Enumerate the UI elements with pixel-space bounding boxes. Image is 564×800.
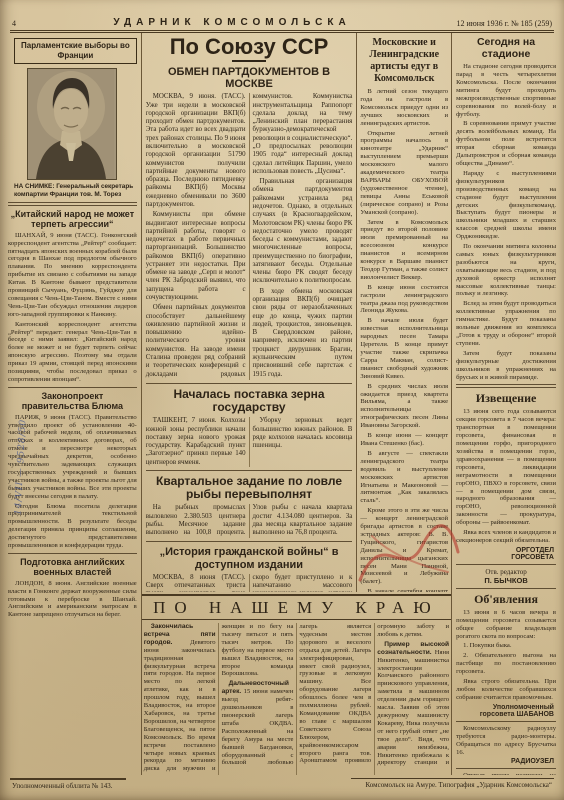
- article-title-zerno: Началась поставка зерна государству: [146, 388, 353, 414]
- paragraph: ТАШКЕНТ, 7 июня. Колхозы южной зоны респ…: [146, 417, 246, 467]
- divider: [456, 768, 556, 769]
- paragraph: Открытие летней программы началось в кин…: [360, 130, 448, 217]
- article-body-istoriya: МОСКВА, 8 июня (ТАСС). Сверх отпечатанны…: [146, 574, 353, 592]
- paragraph: Коммунисты при обмене выдвигают интересн…: [146, 211, 246, 302]
- kray-article-nikitenko: Пример высокой сознательности. Няня Ники…: [377, 623, 451, 775]
- newspaper-title: УДАРНИК КОМСОМОЛЬСКА: [113, 17, 350, 28]
- divider: [456, 721, 556, 722]
- article-title-china: „Китайский народ не может терпеть агресс…: [8, 209, 137, 230]
- headline-underline: [232, 60, 266, 62]
- article-title-izveshchenie: Извещение: [456, 391, 556, 406]
- kray-section: ПО НАШЕМУ КРАЮ Закончилась встреча пяти …: [142, 594, 451, 775]
- paragraph: На стадионе сегодня проводится парад в ч…: [456, 63, 556, 118]
- paragraph: Правильная организация обмена партдокуме…: [253, 178, 353, 286]
- article-title-istoriya: „История гражданской войны“ в доступном …: [146, 546, 353, 570]
- paragraph: Уборку зерновых ведет большинство южных …: [253, 417, 353, 450]
- paragraph: МОСКВА, 8 июня (ТАСС). Сверх отпечатанны…: [146, 574, 353, 592]
- article-body-obmen: МОСКВА, 9 июня. (ТАСС). Уже три недели в…: [146, 93, 353, 380]
- ads-signature: Уполномоченный горсовета ШАБАНОВ: [456, 704, 554, 718]
- masthead: 4 УДАРНИК КОМСОМОЛЬСКА 12 июня 1936 г. №…: [10, 0, 554, 33]
- paragraph: МОСКВА, 9 июня. (ТАСС). Уже три недели в…: [146, 93, 246, 209]
- article-body-artists: В летний сезон текущего года на гастроли…: [360, 88, 448, 592]
- divider: [146, 541, 353, 542]
- soyuz-section: По Союзу ССР ОБМЕН ПАРТДОКУМЕНТОВ В МОСК…: [142, 33, 357, 592]
- divider: [456, 588, 556, 589]
- paragraph: 13 июня в 6 часов вечера в помещении гор…: [456, 609, 556, 641]
- section-headline: По Союзу ССР: [146, 35, 353, 58]
- paragraph: Явка всех членов и кандидатов и секционе…: [456, 529, 556, 545]
- divider: [8, 387, 137, 388]
- article-body-london: ЛОНДОН, 8 июня. Английские военные власт…: [8, 580, 137, 620]
- censor-imprint: Уполномоченный обллита № 143.: [10, 778, 126, 790]
- ads-headline: Об'явления: [456, 592, 556, 607]
- paragraph: Сегодня Блюма посетила делегация предпри…: [8, 503, 137, 550]
- issue-date: 12 июня 1936 г. № 185 (259): [412, 19, 552, 28]
- paragraph: В соревновании примут участие десять вол…: [456, 120, 556, 167]
- divider: [456, 564, 556, 565]
- page-footer: Уполномоченный обллита № 143. Комсомольс…: [10, 776, 554, 790]
- article-body-stadium: На стадионе сегодня проводится парад в ч…: [456, 63, 556, 381]
- subscription-ad-text: Открыт прием подписки на Центральные и К…: [456, 772, 556, 775]
- paragraph: ШАНХАЙ, 9 июня (ТАСС). Гонконгский корре…: [8, 232, 137, 319]
- ads-body: 13 июня в 6 часов вечера в помещении гор…: [456, 609, 556, 702]
- article-title-obmen: ОБМЕН ПАРТДОКУМЕНТОВ В МОСКВЕ: [146, 66, 353, 90]
- article-body-izveshchenie: 13 июня сего года созываются секции горс…: [456, 408, 556, 544]
- printing-imprint: Комсомольск на Амуре. Типография „Ударни…: [351, 778, 554, 790]
- middle-top: По Союзу ССР ОБМЕН ПАРТДОКУМЕНТОВ В МОСК…: [142, 33, 451, 592]
- newspaper-page: 4 УДАРНИК КОМСОМОЛЬСКА 12 июня 1936 г. №…: [0, 0, 564, 800]
- paragraph: 2. Обязательного выгона на пастбище по п…: [456, 652, 556, 676]
- paragraph: ЛОНДОН, 8 июня. Английские военные власт…: [8, 580, 137, 620]
- left-column: Парламентские выборы во Франции НА СНИМК…: [8, 33, 142, 775]
- article-body-ryba: На рыбных промыслах выловлено 2.380.503 …: [146, 504, 353, 538]
- article-title-ryba: Квартальное задание по ловле рыбы перевы…: [146, 475, 353, 501]
- paragraph: В начале сентября концерт джаза Бориса Р…: [360, 588, 448, 592]
- paragraph: В конце июня — концерт Ивана Стешенко (б…: [360, 432, 448, 448]
- rubric-box-title: Парламентские выборы во Франции: [14, 38, 137, 64]
- middle-section: По Союзу ССР ОБМЕН ПАРТДОКУМЕНТОВ В МОСК…: [142, 33, 451, 775]
- editor-block: Отв. редактор П. БЫЧКОВ: [456, 568, 556, 585]
- paragraph: Явка строго обязательна. При любом колич…: [456, 678, 556, 702]
- editor-label: Отв. редактор: [485, 568, 526, 576]
- article-body-zerno: ТАШКЕНТ, 7 июня. Колхозы южной зоны респ…: [146, 417, 353, 467]
- paragraph: В летний сезон текущего года на гастроли…: [360, 88, 448, 128]
- paragraph: Вслед за этим будут проводиться коллекти…: [456, 300, 556, 347]
- artists-column: Московские и Ленинградские артисты едут …: [356, 33, 451, 592]
- portrait-photo: [27, 68, 117, 180]
- paragraph: В начале июля будет известная исполнител…: [360, 317, 448, 380]
- radio-ad-signature: РАДИОУЗЕЛ: [456, 758, 554, 765]
- paragraph: В средних числах июля ожидается приезд к…: [360, 383, 448, 430]
- article-title-blum: Законопроект правительства Блюма: [8, 391, 137, 412]
- paragraph: 13 июня сего года созываются секции горс…: [456, 408, 556, 527]
- photo-caption: НА СНИМКЕ: Генеральный секретарь компарт…: [14, 183, 135, 199]
- editor-name: П. БЫЧКОВ: [484, 576, 527, 585]
- article-title-london: Подготовка английских военных властей: [8, 557, 137, 578]
- paragraph: Кантонский корреспондент агентства „Рейт…: [8, 321, 137, 384]
- paragraph: 1. Покупки быка.: [456, 642, 556, 650]
- paragraph: Наряду с выступлениями физкультурников п…: [456, 170, 556, 241]
- article-title-artists: Московские и Ленинградские артисты едут …: [360, 37, 448, 85]
- radio-ad-text: Комсомольскому радиоузлу требуются радио…: [456, 725, 556, 757]
- paragraph: В ходе обмена московская организация ВКП…: [253, 288, 353, 379]
- divider: [8, 553, 137, 554]
- article-body-china: ШАНХАЙ, 9 июня (ТАСС). Гонконгский корре…: [8, 232, 137, 384]
- portrait-photo-image: [28, 69, 114, 179]
- paragraph: Затем будут показаны физкультурные дости…: [456, 350, 556, 382]
- paragraph: В августе — спектакли ленинградского теа…: [360, 450, 448, 505]
- page-content: Парламентские выборы во Франции НА СНИМК…: [8, 33, 556, 775]
- kray-columns: Закончилась встреча пяти городов. Девято…: [142, 623, 451, 775]
- divider: [146, 470, 353, 471]
- izveshchenie-signature: ОРГОТДЕЛ ГОРСОВЕТА: [456, 547, 554, 561]
- paragraph: По окончании митинга колонны самых юных …: [456, 243, 556, 298]
- divider: [456, 384, 556, 388]
- paragraph: Затем в Комсомольск приедут во второй по…: [360, 219, 448, 282]
- kray-banner: ПО НАШЕМУ КРАЮ: [142, 596, 451, 620]
- page-number: 4: [12, 19, 52, 28]
- paragraph: На рыбных промыслах выловлено 2.380.503 …: [146, 504, 353, 538]
- paragraph: Кроме этого в эти же числа — концерт лен…: [360, 507, 448, 586]
- divider: [8, 202, 137, 206]
- divider: [146, 383, 353, 384]
- right-column: Сегодня на стадионе На стадионе сегодня …: [451, 33, 556, 775]
- article-title-stadium: Сегодня на стадионе: [456, 37, 556, 60]
- paragraph: В конце июня состоятся гастроли ленингра…: [360, 284, 448, 316]
